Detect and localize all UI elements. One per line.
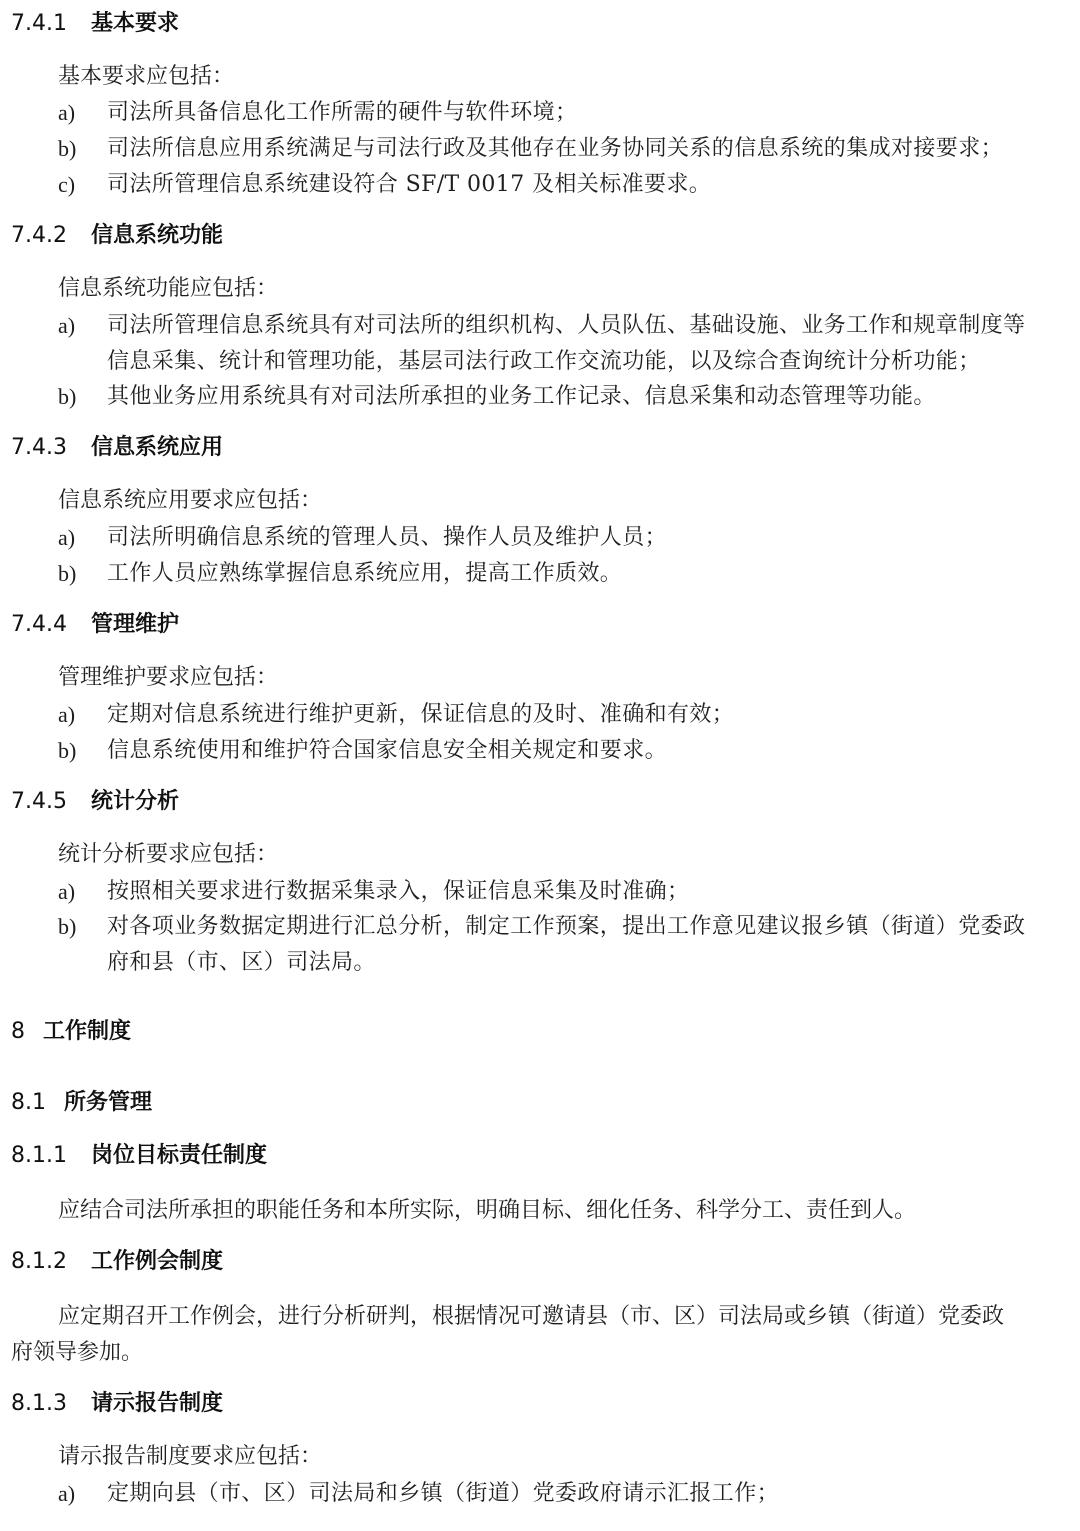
heading-title: 信息系统功能 [91,221,223,251]
heading-8-1-2: 8.1.2工作例会制度 [11,1247,223,1277]
intro-text: 统计分析要求应包括： [58,838,278,872]
list-marker: b) [58,909,98,945]
heading-7-4-2: 7.4.2信息系统功能 [11,221,223,251]
list-item-text: 司法所明确信息系统的管理人员、操作人员及维护人员； [107,520,667,556]
heading-number: 7.4.1 [11,9,67,39]
list-item-text: 司法所具备信息化工作所需的硬件与软件环境； [107,95,577,131]
heading-8-1-1: 8.1.1岗位目标责任制度 [11,1141,267,1171]
chapter-heading-8: 8工作制度 [11,1017,131,1047]
heading-number: 8.1.2 [11,1247,67,1277]
list-item-text: 司法所管理信息系统具有对司法所的组织机构、人员队伍、基础设施、业务工作和规章制度… [107,308,1025,344]
heading-7-4-5: 7.4.5统计分析 [11,787,179,817]
list-marker: b) [58,733,98,769]
heading-title: 信息系统应用 [91,433,223,463]
list-item-text: 工作人员应熟练掌握信息系统应用，提高工作质效。 [107,556,622,592]
list-marker: c) [58,167,98,203]
list-marker: a) [58,1476,98,1512]
heading-number: 7.4.4 [11,610,67,640]
list-marker: a) [58,95,98,131]
body-paragraph-continued: 府领导参加。 [11,1334,143,1372]
heading-title: 统计分析 [91,787,179,817]
list-marker: b) [58,379,98,415]
list-item-text-continued: 信息采集、统计和管理功能，基层司法行政工作交流功能，以及综合查询统计分析功能； [107,344,1025,380]
list-marker: a) [58,308,98,344]
intro-text: 管理维护要求应包括： [58,661,278,695]
document-page: 7.4.1基本要求 基本要求应包括： a) 司法所具备信息化工作所需的硬件与软件… [0,0,1080,1531]
intro-text: 请示报告制度要求应包括： [58,1440,322,1474]
list-marker: a) [58,874,98,910]
body-paragraph: 应结合司法所承担的职能任务和本所实际，明确目标、细化任务、科学分工、责任到人。 [58,1192,916,1230]
list-item-text: 其他业务应用系统具有对司法所承担的业务工作记录、信息采集和动态管理等功能。 [107,379,936,415]
list-item-text: 按照相关要求进行数据采集录入，保证信息采集及时准确； [107,874,689,910]
body-paragraph: 应定期召开工作例会，进行分析研判，根据情况可邀请县（市、区）司法局或乡镇（街道）… [58,1298,1004,1336]
heading-title: 基本要求 [91,9,179,39]
intro-text: 基本要求应包括： [58,60,234,94]
heading-number: 8 [11,1017,25,1047]
heading-title: 岗位目标责任制度 [91,1141,267,1171]
heading-number: 8.1 [11,1088,46,1118]
heading-title: 工作制度 [43,1017,131,1047]
list-item-text: 对各项业务数据定期进行汇总分析，制定工作预案，提出工作意见建议报乡镇（街道）党委… [107,909,1025,945]
intro-text: 信息系统功能应包括： [58,272,278,306]
heading-8-1-3: 8.1.3请示报告制度 [11,1389,223,1419]
list-item-text: 定期对信息系统进行维护更新，保证信息的及时、准确和有效； [107,697,734,733]
heading-7-4-3: 7.4.3信息系统应用 [11,433,223,463]
heading-title: 工作例会制度 [91,1247,223,1277]
list-marker: a) [58,520,98,556]
heading-title: 请示报告制度 [91,1389,223,1419]
heading-number: 7.4.2 [11,221,67,251]
heading-number: 7.4.5 [11,787,67,817]
heading-7-4-1: 7.4.1基本要求 [11,9,179,39]
heading-number: 8.1.3 [11,1389,67,1419]
list-item-text: 司法所管理信息系统建设符合 SF/T 0017 及相关标准要求。 [107,167,711,203]
heading-title: 所务管理 [64,1088,152,1118]
list-item-text-continued: 府和县（市、区）司法局。 [107,945,1025,981]
heading-number: 7.4.3 [11,433,67,463]
heading-number: 8.1.1 [11,1141,67,1171]
list-marker: b) [58,131,98,167]
list-item-text: 信息系统使用和维护符合国家信息安全相关规定和要求。 [107,733,667,769]
list-marker: a) [58,697,98,733]
list-item-text: 定期向县（市、区）司法局和乡镇（街道）党委政府请示汇报工作； [107,1476,779,1512]
intro-text: 信息系统应用要求应包括： [58,484,322,518]
heading-7-4-4: 7.4.4管理维护 [11,610,179,640]
heading-8-1: 8.1所务管理 [11,1088,152,1118]
list-item-text: 司法所信息应用系统满足与司法行政及其他存在业务协同关系的信息系统的集成对接要求； [107,131,1003,167]
list-marker: b) [58,556,98,592]
heading-title: 管理维护 [91,610,179,640]
